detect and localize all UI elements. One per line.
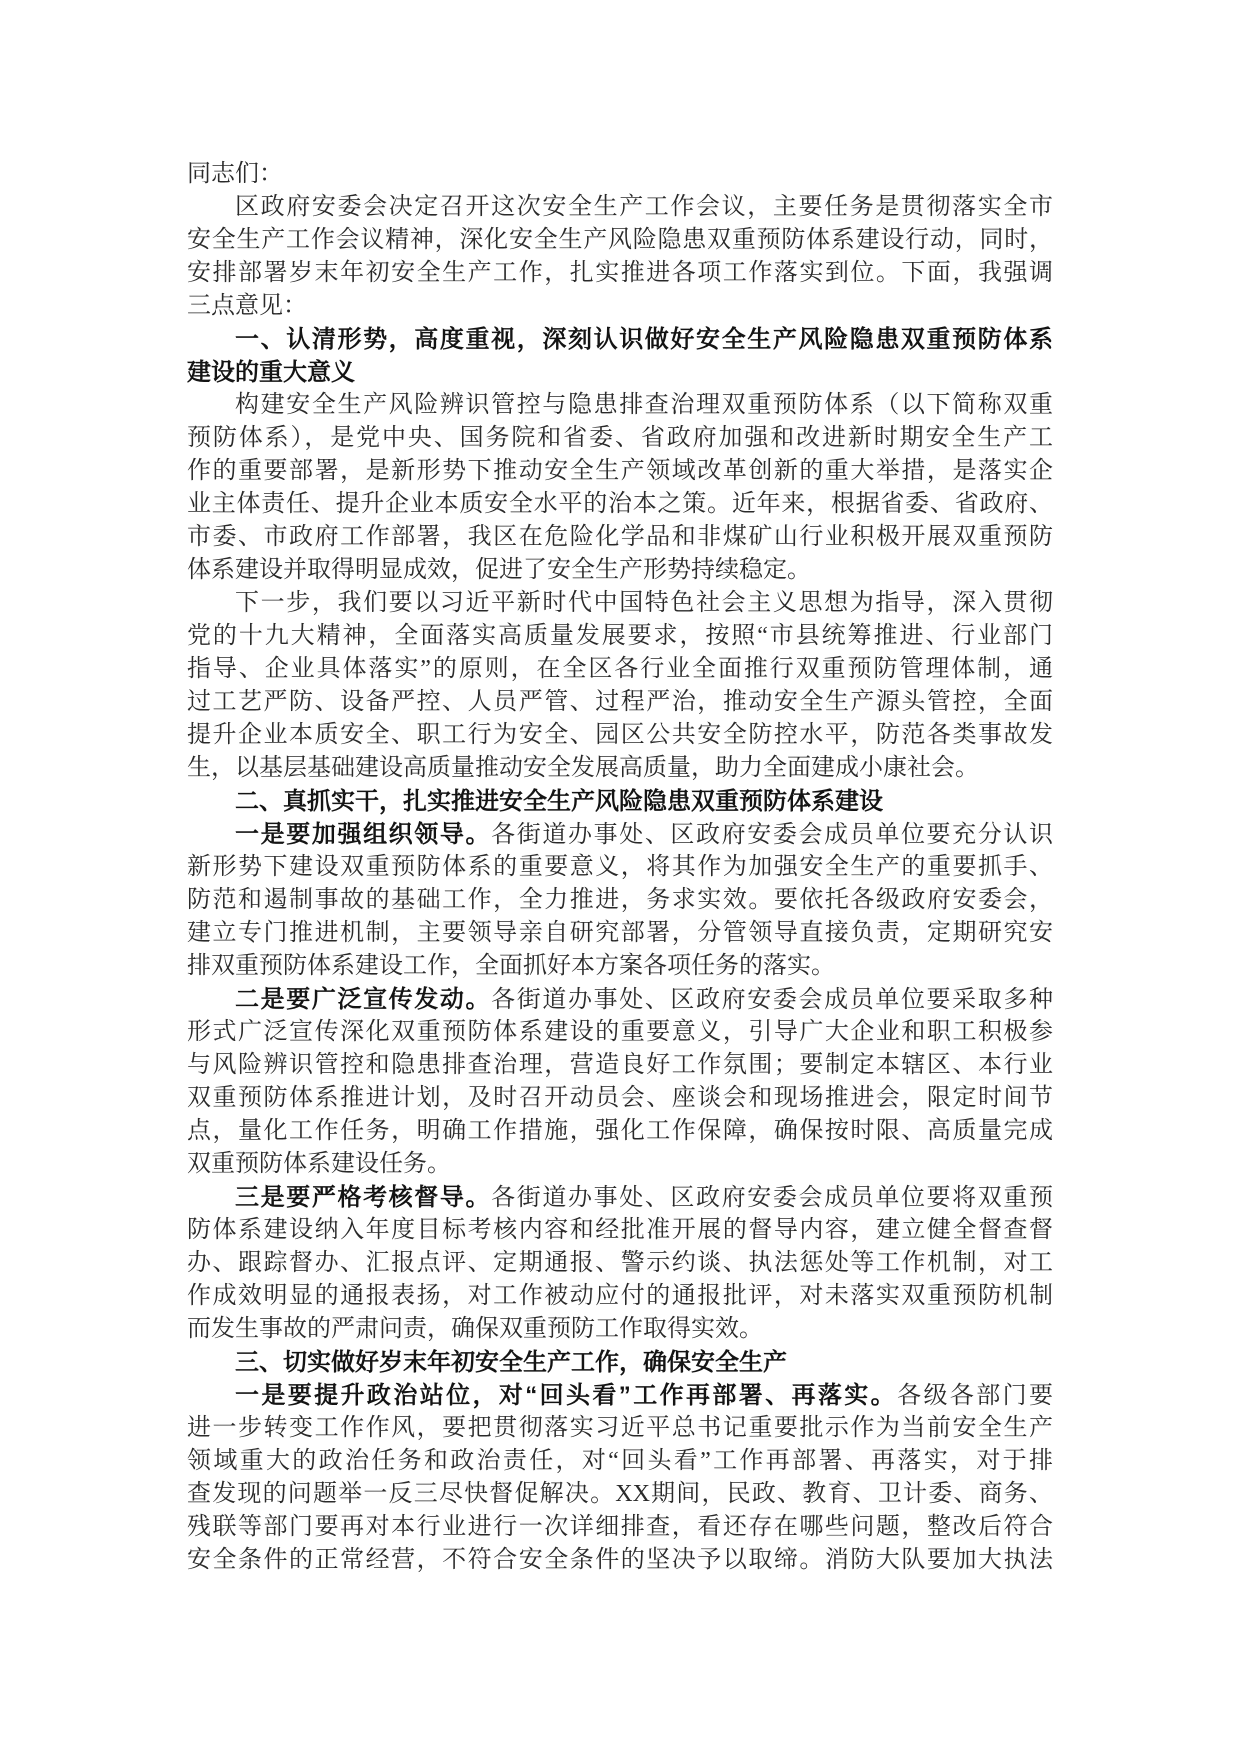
text-line: 构建安全生产风险辨识管控与隐患排查治理双重预防体系（以下简称双重	[187, 389, 1053, 422]
text-line: 双重预防体系建设任务。	[187, 1148, 1053, 1181]
text-line: 二、真抓实干，扎实推进安全生产风险隐患双重预防体系建设	[187, 785, 1053, 818]
text-line: 指导、企业具体落实”的原则，在全区各行业全面推行双重预防管理体制，通	[187, 653, 1053, 686]
bold-text-run: 一是要提升政治站位，对“回头看”工作再部署、再落实。	[235, 1382, 897, 1409]
text-line: 作成效明显的通报表扬，对工作被动应付的通报批评，对未落实双重预防机制	[187, 1280, 1053, 1313]
text-run: 而发生事故的严肃问责，确保双重预防工作取得实效。	[187, 1316, 763, 1342]
text-line: 党的十九大精神，全面落实高质量发展要求，按照“市县统筹推进、行业部门	[187, 620, 1053, 653]
text-run: 办、跟踪督办、汇报点评、定期通报、警示约谈、执法惩处等工作机制，对工	[187, 1250, 1053, 1276]
text-line: 一是要提升政治站位，对“回头看”工作再部署、再落实。各级各部门要	[187, 1379, 1053, 1412]
bold-text-run: 一是要加强组织领导。	[235, 821, 491, 848]
text-run: 建立专门推进机制，主要领导亲自研究部署，分管领导直接负责，定期研究安	[187, 920, 1053, 946]
text-run: 下一步，我们要以习近平新时代中国特色社会主义思想为指导，深入贯彻	[235, 590, 1053, 616]
text-line: 办、跟踪督办、汇报点评、定期通报、警示约谈、执法惩处等工作机制，对工	[187, 1247, 1053, 1280]
bold-text-run: 三、切实做好岁末年初安全生产工作，确保安全生产	[235, 1349, 787, 1376]
document-body: 同志们：区政府安委会决定召开这次安全生产工作会议，主要任务是贯彻落实全市安全生产…	[187, 158, 1053, 1577]
text-run: 业主体责任、提升企业本质安全水平的治本之策。近年来，根据省委、省政府、	[187, 491, 1053, 517]
text-run: 各街道办事处、区政府安委会成员单位要将双重预	[491, 1185, 1053, 1211]
text-run: 点，量化工作任务，明确工作措施，强化工作保障，确保按时限、高质量完成	[187, 1118, 1053, 1144]
text-run: 作成效明显的通报表扬，对工作被动应付的通报批评，对未落实双重预防机制	[187, 1283, 1053, 1309]
text-run: 查发现的问题举一反三尽快督促解决。XX期间，民政、教育、卫计委、商务、	[187, 1481, 1053, 1507]
text-line: 三点意见：	[187, 290, 1053, 323]
text-line: 双重预防体系推进计划，及时召开动员会、座谈会和现场推进会，限定时间节	[187, 1082, 1053, 1115]
text-line: 进一步转变工作作风，要把贯彻落实习近平总书记重要批示作为当前安全生产	[187, 1412, 1053, 1445]
text-line: 点，量化工作任务，明确工作措施，强化工作保障，确保按时限、高质量完成	[187, 1115, 1053, 1148]
text-line: 二是要广泛宣传发动。各街道办事处、区政府安委会成员单位要采取多种	[187, 983, 1053, 1016]
text-line: 三、切实做好岁末年初安全生产工作，确保安全生产	[187, 1346, 1053, 1379]
text-line: 生，以基层基础建设高质量推动安全发展高质量，助力全面建成小康社会。	[187, 752, 1053, 785]
text-run: 防范和遏制事故的基础工作，全力推进，务求实效。要依托各级政府安委会，	[187, 887, 1053, 913]
text-line: 市委、市政府工作部署，我区在危险化学品和非煤矿山行业积极开展双重预防	[187, 521, 1053, 554]
text-run: 市委、市政府工作部署，我区在危险化学品和非煤矿山行业积极开展双重预防	[187, 524, 1053, 550]
text-line: 安全条件的正常经营，不符合安全条件的坚决予以取缔。消防大队要加大执法	[187, 1544, 1053, 1577]
text-line: 残联等部门要再对本行业进行一次详细排查，看还存在哪些问题，整改后符合	[187, 1511, 1053, 1544]
text-run: 同志们：	[187, 161, 283, 187]
text-run: 构建安全生产风险辨识管控与隐患排查治理双重预防体系（以下简称双重	[235, 392, 1053, 418]
text-run: 安排部署岁末年初安全生产工作，扎实推进各项工作落实到位。下面，我强调	[187, 260, 1053, 286]
text-line: 查发现的问题举一反三尽快督促解决。XX期间，民政、教育、卫计委、商务、	[187, 1478, 1053, 1511]
text-line: 而发生事故的严肃问责，确保双重预防工作取得实效。	[187, 1313, 1053, 1346]
text-line: 预防体系），是党中央、国务院和省委、省政府加强和改进新时期安全生产工	[187, 422, 1053, 455]
text-run: 双重预防体系建设任务。	[187, 1151, 451, 1177]
text-run: 三点意见：	[187, 293, 307, 319]
text-line: 建立专门推进机制，主要领导亲自研究部署，分管领导直接负责，定期研究安	[187, 917, 1053, 950]
text-run: 残联等部门要再对本行业进行一次详细排查，看还存在哪些问题，整改后符合	[187, 1514, 1053, 1540]
text-run: 生，以基层基础建设高质量推动安全发展高质量，助力全面建成小康社会。	[187, 755, 979, 781]
bold-text-run: 一、认清形势，高度重视，深刻认识做好安全生产风险隐患双重预防体系	[235, 326, 1053, 353]
text-run: 新形势下建设双重预防体系的重要意义，将其作为加强安全生产的重要抓手、	[187, 854, 1053, 880]
text-line: 过工艺严防、设备严控、人员严管、过程严治，推动安全生产源头管控，全面	[187, 686, 1053, 719]
text-line: 一是要加强组织领导。各街道办事处、区政府安委会成员单位要充分认识	[187, 818, 1053, 851]
text-line: 三是要严格考核督导。各街道办事处、区政府安委会成员单位要将双重预	[187, 1181, 1053, 1214]
text-line: 体系建设并取得明显成效，促进了安全生产形势持续稳定。	[187, 554, 1053, 587]
bold-text-run: 建设的重大意义	[187, 359, 355, 386]
text-run: 体系建设并取得明显成效，促进了安全生产形势持续稳定。	[187, 557, 811, 583]
text-line: 防体系建设纳入年度目标考核内容和经批准开展的督导内容，建立健全督查督	[187, 1214, 1053, 1247]
text-line: 排双重预防体系建设工作，全面抓好本方案各项任务的落实。	[187, 950, 1053, 983]
text-line: 业主体责任、提升企业本质安全水平的治本之策。近年来，根据省委、省政府、	[187, 488, 1053, 521]
text-line: 建设的重大意义	[187, 356, 1053, 389]
text-line: 作的重要部署，是新形势下推动安全生产领域改革创新的重大举措，是落实企	[187, 455, 1053, 488]
text-run: 各级各部门要	[897, 1383, 1053, 1409]
text-run: 区政府安委会决定召开这次安全生产工作会议，主要任务是贯彻落实全市	[235, 194, 1053, 220]
document-page: 同志们：区政府安委会决定召开这次安全生产工作会议，主要任务是贯彻落实全市安全生产…	[0, 0, 1240, 1754]
text-run: 各街道办事处、区政府安委会成员单位要采取多种	[491, 987, 1053, 1013]
text-run: 防体系建设纳入年度目标考核内容和经批准开展的督导内容，建立健全督查督	[187, 1217, 1053, 1243]
text-run: 党的十九大精神，全面落实高质量发展要求，按照“市县统筹推进、行业部门	[187, 623, 1053, 649]
text-line: 下一步，我们要以习近平新时代中国特色社会主义思想为指导，深入贯彻	[187, 587, 1053, 620]
bold-text-run: 二、真抓实干，扎实推进安全生产风险隐患双重预防体系建设	[235, 788, 883, 815]
text-run: 与风险辨识管控和隐患排查治理，营造良好工作氛围；要制定本辖区、本行业	[187, 1052, 1053, 1078]
text-run: 各街道办事处、区政府安委会成员单位要充分认识	[491, 822, 1053, 848]
text-run: 指导、企业具体落实”的原则，在全区各行业全面推行双重预防管理体制，通	[187, 656, 1053, 682]
text-run: 作的重要部署，是新形势下推动安全生产领域改革创新的重大举措，是落实企	[187, 458, 1053, 484]
text-line: 新形势下建设双重预防体系的重要意义，将其作为加强安全生产的重要抓手、	[187, 851, 1053, 884]
text-run: 过工艺严防、设备严控、人员严管、过程严治，推动安全生产源头管控，全面	[187, 689, 1053, 715]
text-run: 安全生产工作会议精神，深化安全生产风险隐患双重预防体系建设行动，同时，	[187, 227, 1053, 253]
text-run: 排双重预防体系建设工作，全面抓好本方案各项任务的落实。	[187, 953, 835, 979]
text-run: 双重预防体系推进计划，及时召开动员会、座谈会和现场推进会，限定时间节	[187, 1085, 1053, 1111]
text-run: 形式广泛宣传深化双重预防体系建设的重要意义，引导广大企业和职工积极参	[187, 1019, 1053, 1045]
text-line: 一、认清形势，高度重视，深刻认识做好安全生产风险隐患双重预防体系	[187, 323, 1053, 356]
text-line: 安全生产工作会议精神，深化安全生产风险隐患双重预防体系建设行动，同时，	[187, 224, 1053, 257]
bold-text-run: 三是要严格考核督导。	[235, 1184, 491, 1211]
text-line: 提升企业本质安全、职工行为安全、园区公共安全防控水平，防范各类事故发	[187, 719, 1053, 752]
text-run: 提升企业本质安全、职工行为安全、园区公共安全防控水平，防范各类事故发	[187, 722, 1053, 748]
text-line: 区政府安委会决定召开这次安全生产工作会议，主要任务是贯彻落实全市	[187, 191, 1053, 224]
text-line: 形式广泛宣传深化双重预防体系建设的重要意义，引导广大企业和职工积极参	[187, 1016, 1053, 1049]
text-run: 进一步转变工作作风，要把贯彻落实习近平总书记重要批示作为当前安全生产	[187, 1415, 1053, 1441]
text-line: 与风险辨识管控和隐患排查治理，营造良好工作氛围；要制定本辖区、本行业	[187, 1049, 1053, 1082]
text-run: 领域重大的政治任务和政治责任，对“回头看”工作再部署、再落实，对于排	[187, 1448, 1053, 1474]
text-line: 安排部署岁末年初安全生产工作，扎实推进各项工作落实到位。下面，我强调	[187, 257, 1053, 290]
text-run: 预防体系），是党中央、国务院和省委、省政府加强和改进新时期安全生产工	[187, 425, 1053, 451]
text-line: 同志们：	[187, 158, 1053, 191]
text-line: 防范和遏制事故的基础工作，全力推进，务求实效。要依托各级政府安委会，	[187, 884, 1053, 917]
text-run: 安全条件的正常经营，不符合安全条件的坚决予以取缔。消防大队要加大执法	[187, 1547, 1053, 1573]
bold-text-run: 二是要广泛宣传发动。	[235, 986, 491, 1013]
text-line: 领域重大的政治任务和政治责任，对“回头看”工作再部署、再落实，对于排	[187, 1445, 1053, 1478]
